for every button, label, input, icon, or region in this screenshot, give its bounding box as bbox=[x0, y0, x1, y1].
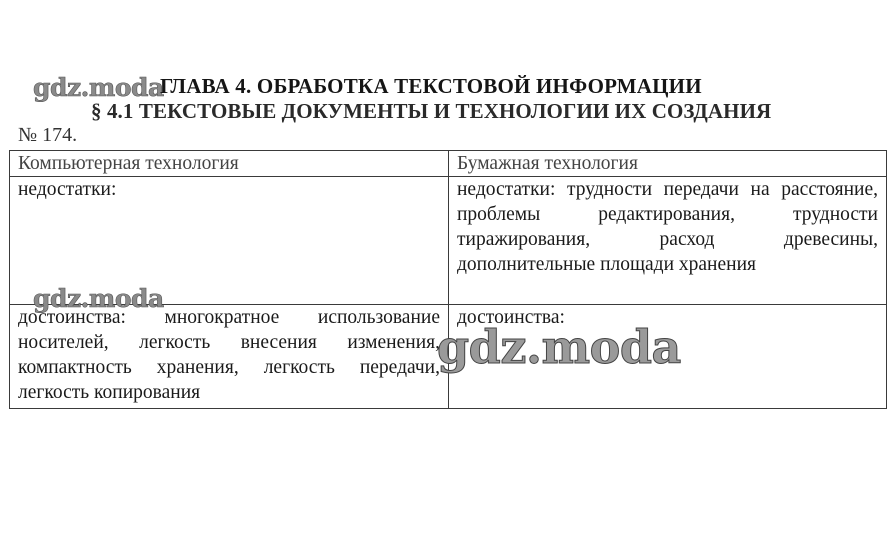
column-header-paper: Бумажная технология bbox=[449, 151, 887, 177]
column-header-computer: Компьютерная технология bbox=[10, 151, 449, 177]
section-title: § 4.1 ТЕКСТОВЫЕ ДОКУМЕНТЫ И ТЕХНОЛОГИИ И… bbox=[91, 99, 771, 124]
cell-text: недостатки: трудности передачи на рассто… bbox=[457, 177, 878, 277]
table-header-row: Компьютерная технология Бумажная техноло… bbox=[10, 151, 887, 177]
cell-text: достоинства: многократное использование … bbox=[18, 305, 440, 405]
cell-computer-advantages: достоинства: многократное использование … bbox=[10, 305, 449, 409]
watermark-middle: gdz.moda bbox=[33, 284, 164, 313]
watermark-top: gdz.moda bbox=[33, 73, 164, 102]
chapter-title: ГЛАВА 4. ОБРАБОТКА ТЕКСТОВОЙ ИНФОРМАЦИИ bbox=[160, 74, 702, 99]
task-number: № 174. bbox=[18, 124, 77, 147]
cell-paper-disadvantages: недостатки: трудности передачи на рассто… bbox=[449, 177, 887, 305]
cell-text: недостатки: bbox=[18, 177, 440, 202]
watermark-large: gdz.moda bbox=[437, 320, 681, 374]
